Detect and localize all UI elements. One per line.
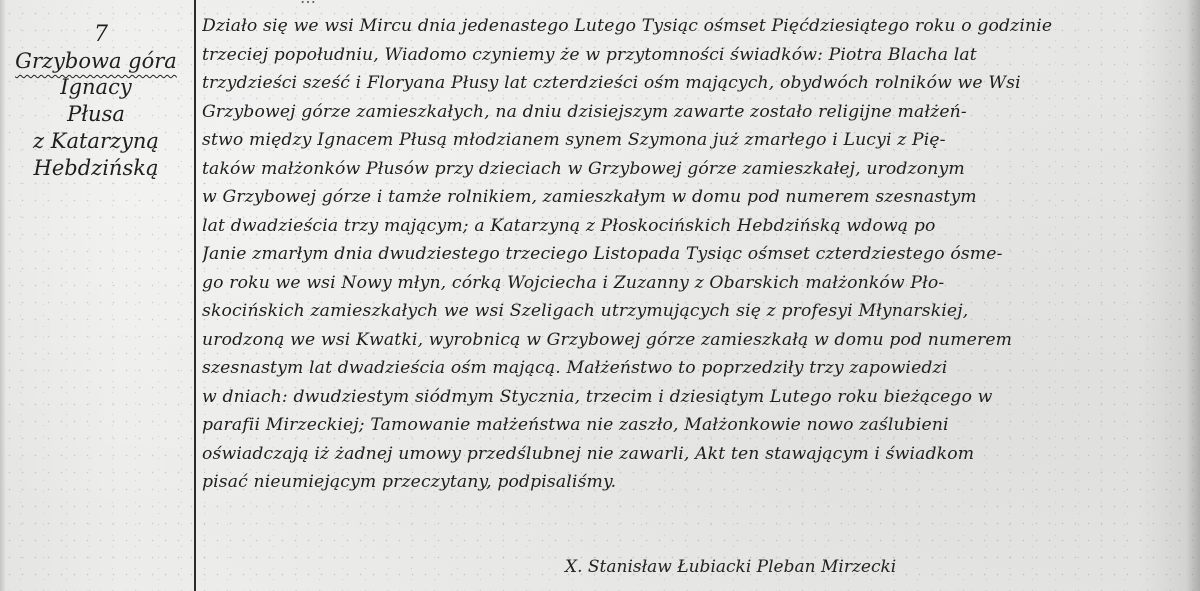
- margin-groom-first-name: Ignacy: [0, 74, 192, 101]
- top-cut-off-line: …: [300, 0, 316, 7]
- record-line: oświadczają iż żadnej umowy przedślubnej…: [202, 440, 1196, 469]
- margin-rule-line: [194, 0, 196, 591]
- margin-annotation: 7 Grzybowa góra Ignacy Płusa z Katarzyną…: [0, 22, 192, 182]
- entry-number: 7: [10, 22, 192, 48]
- record-line: w Grzybowej górze i tamże rolnikiem, zam…: [202, 183, 1196, 212]
- margin-groom-surname: Płusa: [0, 101, 192, 128]
- record-line: go roku we wsi Nowy młyn, córką Wojciech…: [202, 269, 1196, 298]
- record-line: Działo się we wsi Mircu dnia jedenastego…: [202, 12, 1196, 41]
- document-page: … 7 Grzybowa góra Ignacy Płusa z Katarzy…: [0, 0, 1200, 591]
- record-line: Grzybowej górze zamieszkałych, na dniu d…: [202, 98, 1196, 127]
- margin-place: Grzybowa góra: [0, 48, 192, 74]
- margin-bride-surname: Hebdzińską: [0, 155, 192, 182]
- margin-bride-first-name: z Katarzyną: [0, 128, 192, 155]
- record-line: parafii Mirzeckiej; Tamowanie małżeństwa…: [202, 411, 1196, 440]
- record-line: trzydzieści sześć i Floryana Płusy lat c…: [202, 69, 1196, 98]
- record-line: urodzoną we wsi Kwatki, wyrobnicą w Grzy…: [202, 326, 1196, 355]
- record-line: w dniach: dwudziestym siódmym Stycznia, …: [202, 383, 1196, 412]
- record-line: stwo między Ignacem Płusą młodzianem syn…: [202, 126, 1196, 155]
- record-line: trzeciej popołudniu, Wiadomo czyniemy że…: [202, 41, 1196, 70]
- priest-signature: X. Stanisław Łubiacki Pleban Mirzecki: [565, 557, 896, 577]
- record-line: taków małżonków Płusów przy dzieciach w …: [202, 155, 1196, 184]
- record-body: Działo się we wsi Mircu dnia jedenastego…: [202, 12, 1196, 497]
- record-line: skocińskich zamieszkałych we wsi Szeliga…: [202, 297, 1196, 326]
- record-line: lat dwadzieścia trzy mającym; a Katarzyn…: [202, 212, 1196, 241]
- record-line: szesnastym lat dwadzieścia ośm mającą. M…: [202, 354, 1196, 383]
- record-line: Janie zmarłym dnia dwudziestego trzecieg…: [202, 240, 1196, 269]
- record-line: pisać nieumiejącym przeczytany, podpisal…: [202, 468, 1196, 497]
